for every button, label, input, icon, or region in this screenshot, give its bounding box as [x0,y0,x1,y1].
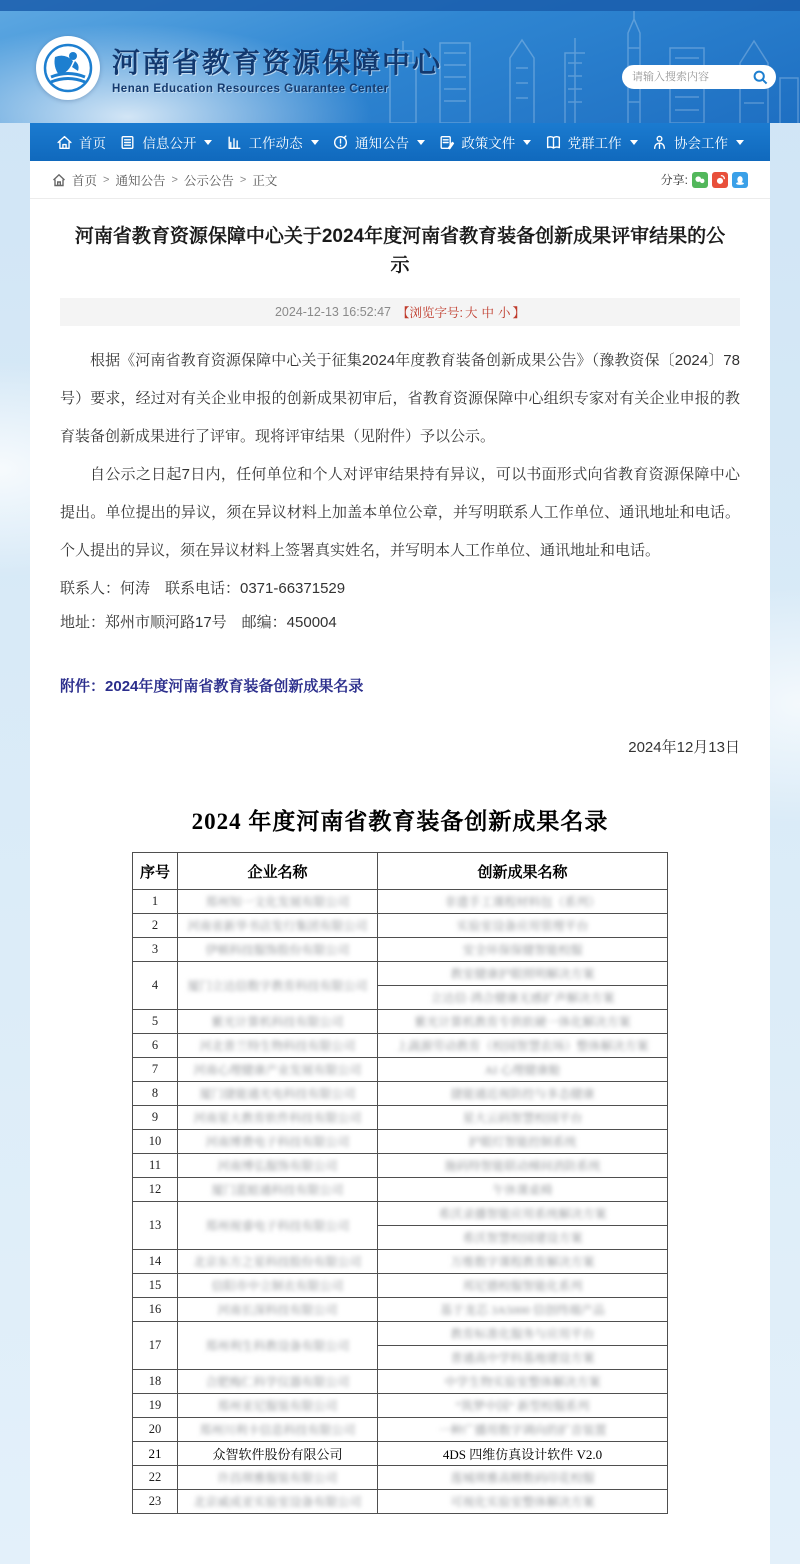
table-row: 19郑州亚尼服装有限公司“筑梦中国” 新型校服系列 [133,1394,668,1418]
home-icon [56,134,73,151]
table-row: 20郑州川利卡信息科技有限公司一种广播用数字调向的扩音装置 [133,1418,668,1442]
cell-company-name: 厦门捷能通光电科技有限公司 [178,1082,378,1106]
cell-company-name: 河南星大教育软件科技有限公司 [178,1106,378,1130]
table-row: 13郑州视睿电子科技有限公司希沃录播智能应用系统解决方案 [133,1202,668,1226]
search-box [622,65,776,89]
table-row: 3伊顿科技服饰股份有限公司安全环保保健智能校服 [133,938,668,962]
breadcrumb-bar: 首页>通知公告>公示公告>正文 分享: [30,161,770,199]
cell-result-name: 万维数字课程教育解决方案 [378,1250,668,1274]
book-icon [545,134,562,151]
nav-item-notice[interactable]: 通知公告 [332,132,425,152]
address-line: 地址：郑州市顺河路17号 邮编：450004 [60,608,740,638]
cell-result-name: 实验室设备应用管理平台 [378,914,668,938]
cell-result-name: 安全环保保健智能校服 [378,938,668,962]
cell-result-name: 非遗手工课程材料包（系列） [378,890,668,914]
table-row: 9河南星大教育软件科技有限公司星大云码智慧校园平台 [133,1106,668,1130]
cell-company-name: 郑州知一文化发展有限公司 [178,890,378,914]
cell-serial-number: 5 [133,1010,178,1034]
cell-serial-number: 18 [133,1370,178,1394]
breadcrumb-separator: > [240,174,246,186]
nav-item-label: 信息公开 [142,132,196,152]
cell-result-name: 紫光计算机教育专供软硬一体化解决方案 [378,1010,668,1034]
table-row: 4厦门立达信数字教育科技有限公司教室健康护眼照明解决方案 [133,962,668,986]
site-logo[interactable]: 河南省教育资源保障中心 Henan Education Resources Gu… [36,36,442,100]
table-row: 6河北普兰特生物科技有限公司上蔬源劳动教育（校园智慧农场）整体解决方案 [133,1034,668,1058]
cell-serial-number: 6 [133,1034,178,1058]
breadcrumb-separator: > [171,174,177,186]
cell-result-name: 邦尼德校服智能化系列 [378,1274,668,1298]
chevron-down-icon [736,140,744,145]
attachment-line: 附件：2024年度河南省教育装备创新成果名录 [60,672,740,702]
table-row: 17郑州利生科教设备有限公司教育标准化服务与应用平台 [133,1322,668,1346]
breadcrumb-item-2[interactable]: 通知公告 [115,171,165,189]
cell-serial-number: 15 [133,1274,178,1298]
cell-company-name: 众智软件股份有限公司 [178,1442,378,1466]
breadcrumb: 首页>通知公告>公示公告>正文 [52,171,277,189]
cell-company-name: 郑州视睿电子科技有限公司 [178,1202,378,1250]
cell-serial-number: 3 [133,938,178,962]
nav-item-label: 工作动态 [249,132,303,152]
cell-serial-number: 20 [133,1418,178,1442]
cell-company-name: 河南心理健康产业发展有限公司 [178,1058,378,1082]
nav-item-policy[interactable]: 政策文件 [438,132,531,152]
cell-serial-number: 1 [133,890,178,914]
article-body: 根据《河南省教育资源保障中心关于征集2024年度教育装备创新成果公告》（豫教资保… [30,336,770,1514]
table-row: 12厦门蓝蛙通科技有限公司午休课桌椅 [133,1178,668,1202]
font-size-prefix: 【浏览字号: [397,306,463,320]
share-box: 分享: [661,171,748,188]
breadcrumb-item-4: 正文 [252,171,277,189]
cell-result-name: 可视化实验室整体解决方案 [378,1490,668,1514]
cell-result-name: 护眼灯智能控制系统 [378,1130,668,1154]
cell-serial-number: 4 [133,962,178,1010]
sign-date: 2024年12月13日 [60,736,740,757]
cell-company-name: 伊顿科技服饰股份有限公司 [178,938,378,962]
cell-result-name: 基于龙芯 3A5000 信创终端产品 [378,1298,668,1322]
table-row: 5紫光计算机科技有限公司紫光计算机教育专供软硬一体化解决方案 [133,1010,668,1034]
table-row: 15信阳市中立制衣有限公司邦尼德校服智能化系列 [133,1274,668,1298]
table-row: 2河南省新华书店发行集团有限公司实验室设备应用管理平台 [133,914,668,938]
share-label: 分享: [661,171,688,188]
nav-item-label: 党群工作 [568,132,622,152]
table-row: 14北京东方之星科技股份有限公司万维数字课程教育解决方案 [133,1250,668,1274]
attachment-link[interactable]: 2024年度河南省教育装备创新成果名录 [105,678,363,695]
cell-result-name: 普通高中学科基地建设方案 [378,1346,668,1370]
table-row: 23北京威成亚实验室设备有限公司可视化实验室整体解决方案 [133,1490,668,1514]
cell-serial-number: 21 [133,1442,178,1466]
cell-result-name: 希沃录播智能应用系统解决方案 [378,1202,668,1226]
bars-icon [226,134,243,151]
logo-emblem-icon [36,36,100,100]
cell-serial-number: 19 [133,1394,178,1418]
chevron-down-icon [523,140,531,145]
site-title-cn: 河南省教育资源保障中心 [112,41,442,81]
cell-company-name: 河南省新华书店发行集团有限公司 [178,914,378,938]
font-size-medium-button[interactable]: 中 [482,306,495,320]
publish-datetime: 2024-12-13 16:52:47 [275,305,391,319]
cell-company-name: 河南长深科技有限公司 [178,1298,378,1322]
main-nav: 首页信息公开工作动态通知公告政策文件党群工作协会工作 [30,123,770,161]
cell-result-name: 希沃智慧校园建设方案 [378,1226,668,1250]
page-title: 河南省教育资源保障中心关于2024年度河南省教育装备创新成果评审结果的公示 [30,199,770,294]
table-row: 11河南博弘服饰有限公司施码特智能联动梯间消防系统 [133,1154,668,1178]
chevron-down-icon [417,140,425,145]
cell-company-name: 北京威成亚实验室设备有限公司 [178,1490,378,1514]
nav-item-label: 首页 [79,132,106,152]
notice-icon [332,134,349,151]
nav-item-label: 通知公告 [355,132,409,152]
table-row: 1郑州知一文化发展有限公司非遗手工课程材料包（系列） [133,890,668,914]
breadcrumb-item-1[interactable]: 首页 [72,171,97,189]
nav-item-association[interactable]: 协会工作 [651,132,744,152]
nav-item-label: 政策文件 [461,132,515,152]
article-meta-bar: 2024-12-13 16:52:47 【浏览字号:大中小】 [60,298,740,326]
cell-serial-number: 22 [133,1466,178,1490]
cell-company-name: 许昌琪雅服装有限公司 [178,1466,378,1490]
cell-company-name: 紫光计算机科技有限公司 [178,1010,378,1034]
cell-result-name: “筑梦中国” 新型校服系列 [378,1394,668,1418]
nav-item-label: 协会工作 [674,132,728,152]
share-qq-icon[interactable] [732,172,748,188]
chevron-down-icon [630,140,638,145]
table-row: 18合肥梅仁科学仪器有限公司中学生物实验室整体解决方案 [133,1370,668,1394]
table-header-row: 序号 企业名称 创新成果名称 [133,853,668,890]
search-button[interactable] [753,70,768,85]
table-row: 7河南心理健康产业发展有限公司AI 心理健康舱 [133,1058,668,1082]
cell-serial-number: 17 [133,1322,178,1370]
font-size-small-button[interactable]: 小 [498,306,511,320]
site-titles: 河南省教育资源保障中心 Henan Education Resources Gu… [112,41,442,95]
cell-result-name: 上蔬源劳动教育（校园智慧农场）整体解决方案 [378,1034,668,1058]
cell-company-name: 河南博费电子科技有限公司 [178,1130,378,1154]
person-icon [651,134,668,151]
cell-result-name: 教室健康护眼照明解决方案 [378,962,668,986]
paragraph-1: 根据《河南省教育资源保障中心关于征集2024年度教育装备创新成果公告》（豫教资保… [60,342,740,456]
chevron-down-icon [204,140,212,145]
cell-serial-number: 9 [133,1106,178,1130]
cell-company-name: 厦门立达信数字教育科技有限公司 [178,962,378,1010]
cell-serial-number: 23 [133,1490,178,1514]
cell-result-name: 莲城琪雅高精数码印花校服 [378,1466,668,1490]
font-size-large-button[interactable]: 大 [465,306,478,320]
cell-result-name: 教育标准化服务与应用平台 [378,1322,668,1346]
cell-company-name: 郑州亚尼服装有限公司 [178,1394,378,1418]
site-header: 河南省教育资源保障中心 Henan Education Resources Gu… [0,0,800,123]
cell-company-name: 郑州利生科教设备有限公司 [178,1322,378,1370]
share-wechat-icon[interactable] [692,172,708,188]
cell-result-name: 中学生物实验室整体解决方案 [378,1370,668,1394]
nav-item-party[interactable]: 党群工作 [545,132,638,152]
cell-serial-number: 8 [133,1082,178,1106]
table-title: 2024 年度河南省教育装备创新成果名录 [60,803,740,836]
header-col-company: 企业名称 [178,853,378,890]
chevron-down-icon [311,140,319,145]
cell-company-name: 信阳市中立制衣有限公司 [178,1274,378,1298]
search-input[interactable] [632,71,753,83]
cell-result-name: 星大云码智慧校园平台 [378,1106,668,1130]
nav-item-work[interactable]: 工作动态 [226,132,319,152]
doc-icon [119,134,136,151]
share-weibo-icon[interactable] [712,172,728,188]
cell-serial-number: 12 [133,1178,178,1202]
breadcrumb-item-3[interactable]: 公示公告 [184,171,234,189]
cell-company-name: 河北普兰特生物科技有限公司 [178,1034,378,1058]
cell-serial-number: 2 [133,914,178,938]
header-col-no: 序号 [133,853,178,890]
font-size-switcher: 【浏览字号:大中小】 [397,303,525,321]
cell-serial-number: 10 [133,1130,178,1154]
table-row: 22许昌琪雅服装有限公司莲城琪雅高精数码印花校服 [133,1466,668,1490]
cell-serial-number: 13 [133,1202,178,1250]
table-row: 21众智软件股份有限公司4DS 四维仿真设计软件 V2.0 [133,1442,668,1466]
share-icons [692,172,748,188]
breadcrumb-separator: > [103,174,109,186]
policy-icon [438,134,455,151]
search-icon [753,70,768,85]
nav-item-info[interactable]: 信息公开 [119,132,212,152]
content-area: 首页>通知公告>公示公告>正文 分享: 河南省教育资源保障中心关于2024年度河… [30,161,770,1564]
attachment-label: 附件： [60,678,105,695]
table-row: 8厦门捷能通光电科技有限公司捷能通近视防控与多态健康 [133,1082,668,1106]
cell-serial-number: 11 [133,1154,178,1178]
home-icon [52,173,66,187]
cell-serial-number: 16 [133,1298,178,1322]
table-row: 16河南长深科技有限公司基于龙芯 3A5000 信创终端产品 [133,1298,668,1322]
results-table: 序号 企业名称 创新成果名称 1郑州知一文化发展有限公司非遗手工课程材料包（系列… [132,852,668,1514]
cell-result-name: 一种广播用数字调向的扩音装置 [378,1418,668,1442]
cell-result-name: 午休课桌椅 [378,1178,668,1202]
cell-serial-number: 14 [133,1250,178,1274]
site-title-en: Henan Education Resources Guarantee Cent… [112,83,442,95]
cell-result-name: 捷能通近视防控与多态健康 [378,1082,668,1106]
cell-result-name: 4DS 四维仿真设计软件 V2.0 [378,1442,668,1466]
nav-item-home[interactable]: 首页 [56,132,106,152]
cell-company-name: 河南博弘服饰有限公司 [178,1154,378,1178]
cell-result-name: 立达信·鸿合健康无感扩声解决方案 [378,986,668,1010]
cell-company-name: 合肥梅仁科学仪器有限公司 [178,1370,378,1394]
cell-result-name: AI 心理健康舱 [378,1058,668,1082]
font-size-suffix: 】 [513,306,526,320]
cell-serial-number: 7 [133,1058,178,1082]
cell-company-name: 郑州川利卡信息科技有限公司 [178,1418,378,1442]
cell-company-name: 厦门蓝蛙通科技有限公司 [178,1178,378,1202]
contact-person-line: 联系人：何涛 联系电话：0371-66371529 [60,574,740,604]
header-col-result: 创新成果名称 [378,853,668,890]
cell-result-name: 施码特智能联动梯间消防系统 [378,1154,668,1178]
table-row: 10河南博费电子科技有限公司护眼灯智能控制系统 [133,1130,668,1154]
cell-company-name: 北京东方之星科技股份有限公司 [178,1250,378,1274]
paragraph-2: 自公示之日起7日内，任何单位和个人对评审结果持有异议，可以书面形式向省教育资源保… [60,456,740,570]
